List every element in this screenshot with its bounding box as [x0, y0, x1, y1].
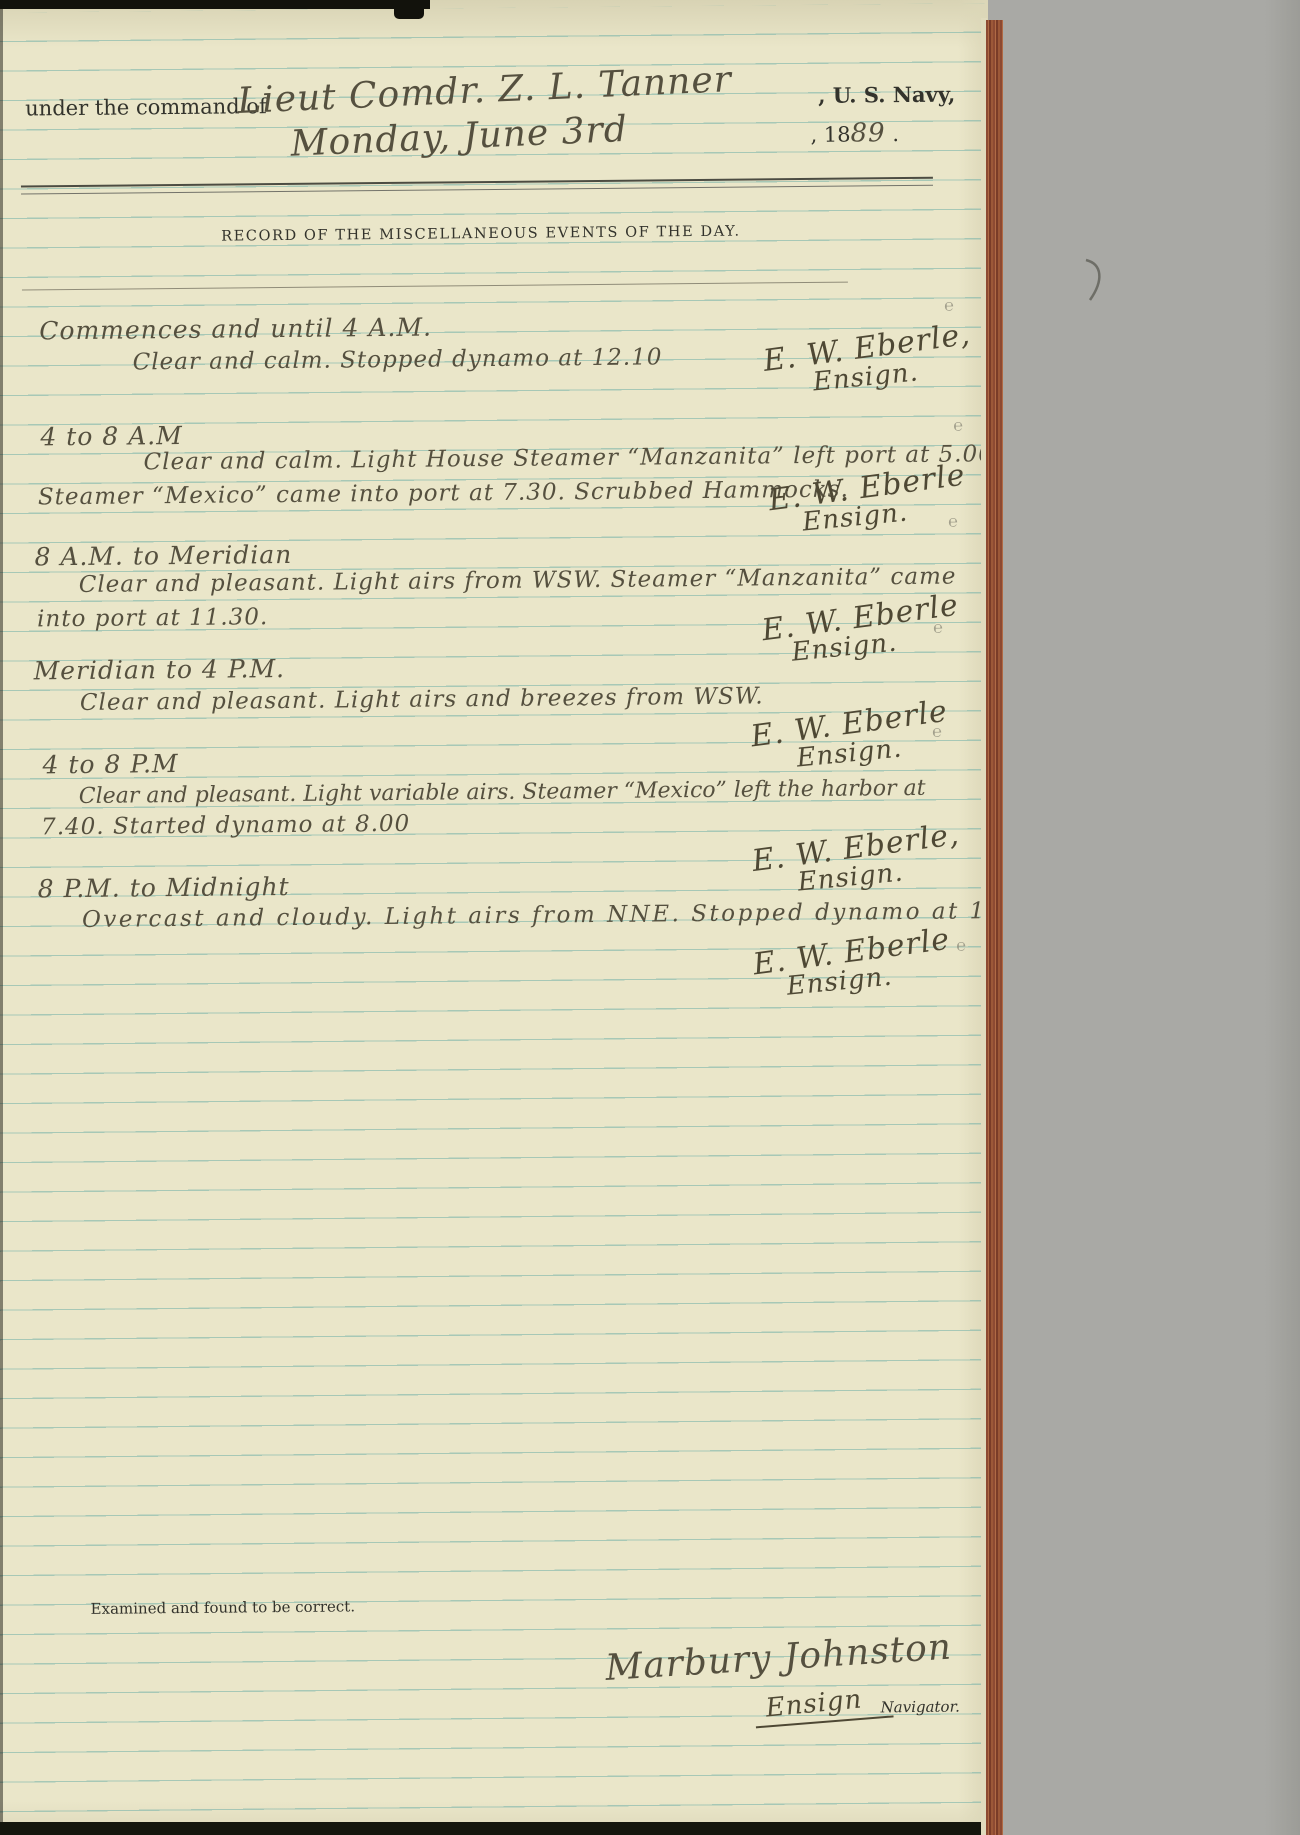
year-printed-prefix: , 18	[810, 123, 850, 147]
scan-left-edge	[0, 0, 3, 1835]
entry-period: 4 to 8 A.M	[40, 421, 183, 451]
page-content: under the command of Lieut Comdr. Z. L. …	[0, 0, 988, 1835]
scan-bottom-edge	[0, 1822, 988, 1835]
entry-text: 7.40. Started dynamo at 8.00	[41, 811, 410, 841]
margin-check-mark: ℮	[953, 415, 963, 435]
scan-top-tab	[394, 0, 424, 19]
entry-period: 8 P.M. to Midnight	[38, 872, 290, 903]
year-line: , 1889 .	[810, 118, 899, 149]
entry-text: into port at 11.30.	[37, 604, 268, 632]
logbook-page: under the command of Lieut Comdr. Z. L. …	[0, 0, 988, 1835]
logbook-scan: { "scan": { "header": { "printed_prefix"…	[0, 0, 1300, 1835]
margin-check-mark: ℮	[956, 935, 966, 955]
examined-note: Examined and found to be correct.	[91, 1597, 356, 1618]
book-binding-edge	[986, 20, 1003, 1835]
command-prefix-label: under the command of	[25, 94, 267, 120]
margin-check-mark: ℮	[948, 512, 958, 532]
navy-label: , U. S. Navy,	[818, 82, 955, 108]
margin-check-mark: ℮	[944, 296, 954, 316]
entry-period: Commences and until 4 A.M.	[39, 313, 432, 346]
page-curl-mark	[1080, 258, 1110, 302]
navigator-title-label: Navigator.	[881, 1698, 960, 1717]
entry-text: Clear and calm. Stopped dynamo at 12.10	[133, 344, 663, 375]
year-suffix: .	[892, 122, 899, 146]
margin-check-mark: ℮	[932, 722, 942, 742]
entry-period: 4 to 8 P.M	[42, 749, 178, 779]
entry-period: 8 A.M. to Meridian	[34, 540, 292, 571]
margin-check-mark: ℮	[933, 618, 943, 638]
year-handwritten: 89	[850, 118, 885, 148]
entry-period: Meridian to 4 P.M.	[33, 654, 285, 685]
scan-top-edge	[0, 0, 430, 9]
